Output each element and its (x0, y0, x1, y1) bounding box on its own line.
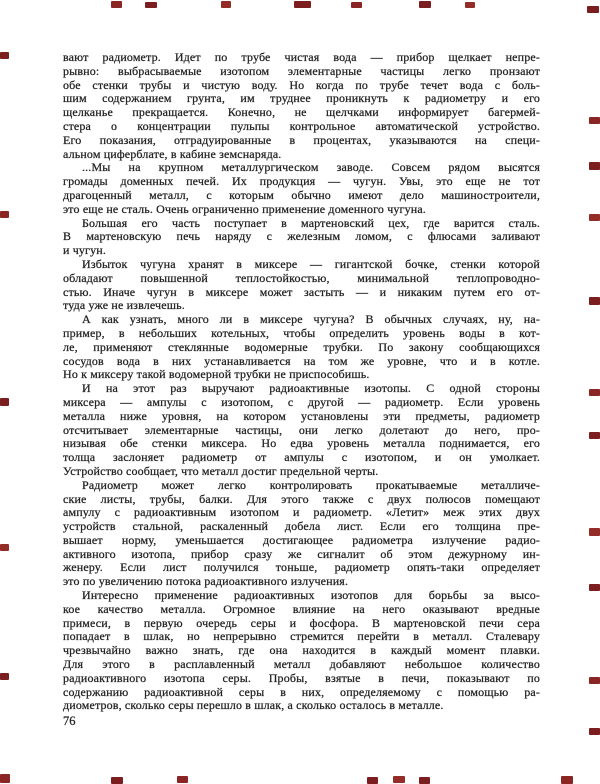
edge-mark (0, 774, 10, 783)
text-line: туда уже не извлечешь. (63, 299, 540, 313)
text-line: стью. Иначе чугун в миксере может застыт… (63, 286, 540, 300)
text-line: женеру. Если лист получился тоньше, ради… (63, 561, 540, 575)
paragraph: Интересно применение радиоактивных изото… (63, 589, 540, 713)
edge-mark (587, 6, 599, 13)
text-line: Но к миксеру такой водомерной трубки не … (63, 368, 540, 382)
text-line: металла ниже уровня, на котором установл… (63, 410, 540, 424)
paragraph: Избыток чугуна хранят в миксере — гигант… (63, 258, 540, 313)
edge-mark (393, 776, 405, 783)
edge-mark (561, 776, 573, 784)
text-line: Радиометр может легко контролировать про… (63, 479, 540, 493)
edge-mark (589, 162, 600, 170)
edge-mark (589, 677, 600, 684)
edge-mark (589, 297, 600, 305)
edge-mark (589, 432, 600, 439)
edge-mark (145, 2, 157, 8)
edge-mark (419, 777, 430, 784)
text-line: низывая обе стенки миксера. Но едва уров… (63, 437, 540, 451)
text-line: Большая его часть поступает в мартеновск… (63, 217, 540, 231)
text-line: вышает норму, уменьшается достигающее ра… (63, 534, 540, 548)
edge-mark (465, 2, 475, 8)
edge-mark (589, 584, 600, 591)
text-line: ампулу с радиоактивным изотопом и радиом… (63, 506, 540, 520)
page-number: 76 (63, 714, 76, 729)
text-line: Для этого в расплавленный металл добавля… (63, 658, 540, 672)
edge-mark (177, 776, 188, 783)
text-line: Устройство сообщает, что металл достиг п… (63, 465, 540, 479)
paragraph: ...Мы на крупном металлургическом заводе… (63, 161, 540, 216)
edge-mark (589, 117, 600, 124)
text-line: миксера — ампулы с изотопом, с другой — … (63, 396, 540, 410)
text-line: громады доменных печей. Их продукция — ч… (63, 175, 540, 189)
text-line: диометров, сколько серы перешло в шлак, … (63, 699, 540, 713)
book-page: вают радиометр. Идет по трубе чистая вод… (0, 0, 600, 784)
edge-mark (294, 1, 311, 8)
text-block: вают радиометр. Идет по трубе чистая вод… (63, 51, 540, 713)
text-line: отсчитывает элементарные частицы, они ле… (63, 424, 540, 438)
text-line: щелканье прекращается. Конечно, не щелчк… (63, 106, 540, 120)
text-line: сосудов вода в них устанавливается на то… (63, 355, 540, 369)
edge-mark (419, 1, 431, 8)
text-line: устройств стальной, раскаленный добела л… (63, 520, 540, 534)
text-line: В мартеновскую печь наряду с железным ло… (63, 230, 540, 244)
text-line: ...Мы на крупном металлургическом заводе… (63, 161, 540, 175)
edge-mark (0, 211, 9, 218)
text-line: попадает в шлак, но непрерывно стремится… (63, 630, 540, 644)
edge-mark (367, 777, 378, 784)
text-line: альном циферблате, в кабине земснаряда. (63, 148, 540, 162)
text-line: рывно: выбрасываемые изотопом элементарн… (63, 65, 540, 79)
text-line: вают радиометр. Идет по трубе чистая вод… (63, 51, 540, 65)
edge-mark (111, 777, 123, 784)
edge-mark (0, 673, 9, 680)
text-line: активного изотопа, прибор сразу же сигна… (63, 548, 540, 562)
text-line: это по увеличению потока радиоактивного … (63, 575, 540, 589)
paragraph: А как узнать, много ли в миксере чугуна?… (63, 313, 540, 382)
edge-mark (0, 52, 9, 59)
edge-mark (589, 389, 600, 396)
text-line: стера о концентрации пульпы контрольное … (63, 120, 540, 134)
edge-mark (589, 728, 600, 735)
text-line: обе стенки трубы и чистую воду. Но когда… (63, 79, 540, 93)
text-line: обладают повышенной теплостойкостью, мин… (63, 272, 540, 286)
text-line: чрезвычайно важно знать, где она находит… (63, 644, 540, 658)
text-line: это еще не сталь. Очень ограниченно прим… (63, 203, 540, 217)
text-line: пример, в небольших котельных, чтобы опр… (63, 327, 540, 341)
text-line: Его показания, отградуированные в процен… (63, 134, 540, 148)
text-line: содержанию радиоактивной серы в них, опр… (63, 686, 540, 700)
edge-mark (589, 528, 600, 536)
text-line: ле, применяют стеклянные водомерные труб… (63, 341, 540, 355)
edge-mark (351, 2, 362, 8)
edge-mark (589, 214, 600, 221)
edge-mark (0, 544, 9, 551)
paragraph: вают радиометр. Идет по трубе чистая вод… (63, 51, 540, 161)
text-line: примеси, в первую очередь серы и фосфора… (63, 617, 540, 631)
edge-mark (221, 1, 231, 8)
text-line: радиоактивного изотопа серы. Пробы, взят… (63, 672, 540, 686)
paragraph: Большая его часть поступает в мартеновск… (63, 217, 540, 258)
edge-mark (111, 1, 122, 8)
text-line: Интересно применение радиоактивных изото… (63, 589, 540, 603)
text-line: толща заслоняет радиометр от ампулы с из… (63, 451, 540, 465)
text-line: кое качество металла. Огромное влияние н… (63, 603, 540, 617)
text-line: А как узнать, много ли в миксере чугуна?… (63, 313, 540, 327)
text-line: драгоценный металл, с которым обычно име… (63, 189, 540, 203)
text-line: шим содержанием грунта, им труднее прони… (63, 92, 540, 106)
text-line: и чугун. (63, 244, 540, 258)
text-line: Избыток чугуна хранят в миксере — гигант… (63, 258, 540, 272)
edge-mark (0, 398, 9, 406)
text-line: ские листы, трубы, балки. Для этого такж… (63, 493, 540, 507)
paragraph: И на этот раз выручают радиоактивные изо… (63, 382, 540, 479)
paragraph: Радиометр может легко контролировать про… (63, 479, 540, 589)
text-line: И на этот раз выручают радиоактивные изо… (63, 382, 540, 396)
